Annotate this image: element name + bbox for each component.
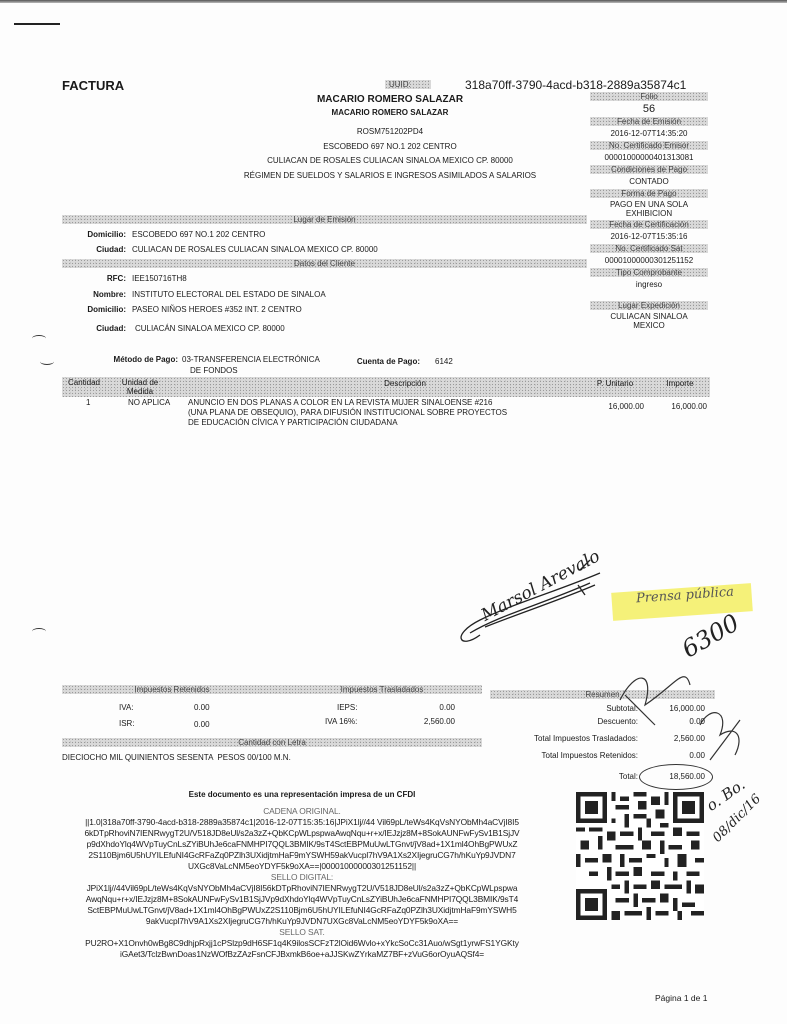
cadena-original-block: CADENA ORIGINAL. ||1.0|318a70ff-3790-4ac… [62,806,542,960]
issuer-regime: RÉGIMEN DE SUELDOS Y SALARIOS E INGRESOS… [200,171,580,180]
metodo-pago-value-1: 03-TRANSFERENCIA ELECTRÓNICA [182,355,320,364]
fecha-emision-label: Fecha de Emisión [590,117,708,126]
sello-digital-header: SELLO DIGITAL: [62,872,542,883]
condiciones-pago-value: CONTADO [590,174,708,189]
punch-mark [40,358,54,365]
folio-label: Folio [590,92,708,101]
impuestos-trasladados-header: Impuestos Trasladados [282,685,482,694]
tras-ieps-value: 0.00 [400,703,455,712]
sello-digital-line: SctEBPMuUwLTGnvt/jV8ad+1X1ml4OhBgPWUxZ2S… [62,905,542,916]
cert-sat-value: 00001000000301251152 [590,253,708,268]
scan-edge [0,0,787,3]
cadena-original-header: CADENA ORIGINAL. [62,806,542,817]
metodo-pago-value-2: DE FONDOS [190,366,238,375]
ret-isr-label: ISR: [119,719,135,728]
cliente-domicilio-label: Domicilio: [60,305,126,314]
fecha-cert-value: 2016-12-07T15:35:16 [590,229,708,244]
cliente-rfc-value: IEE150716TH8 [132,274,187,283]
cliente-rfc-label: RFC: [60,274,126,283]
issuer-name-small: MACARIO ROMERO SALAZAR [200,108,580,117]
emision-ciudad-label: Ciudad: [60,245,126,254]
cadena-line: ||1.0|318a70ff-3790-4acd-b318-2889a35874… [62,817,542,828]
cuenta-pago-label: Cuenta de Pago: [350,357,420,366]
condiciones-pago-label: Condiciones de Pago [590,165,708,174]
sello-sat-line: iGAet3/TclzBwnDoas1NzWOfBzZAzFsnCFJBxmkB… [62,949,542,960]
sello-digital-line: AwqNqu+r+x/IEJzjz8M+8SokAUNFwFySv1B1SjJV… [62,894,542,905]
tipo-comprobante-label: Tipo Comprobante [590,268,708,277]
col-p-unitario: P. Unitario [585,379,645,388]
issuer-city: CULIACAN DE ROSALES CULIACAN SINALOA MEX… [200,156,580,165]
emision-domicilio-label: Domicilio: [60,230,126,239]
row-descripcion-line-3: DE EDUCACIÓN CÍVICA Y PARTICIPACIÓN CIUD… [188,418,507,428]
cliente-ciudad-value: CULIACÁN SINALOA MEXICO CP. 80000 [135,324,285,333]
impuestos-retenidos-header: Impuestos Retenidos [62,685,282,694]
row-descripcion-line-2: (UNA PLANA DE OBSEQUIO), PARA DIFUSIÓN I… [188,408,507,418]
row-p-unitario: 16,000.00 [572,402,644,411]
sello-digital-line: JPiX1lj//44Vil69pL/teWs4KqVsNYObMh4aCVjI… [62,883,542,894]
page-number: Página 1 de 1 [655,993,707,1003]
row-descripcion-line-1: ANUNCIO EN DOS PLANAS A COLOR EN LA REVI… [188,398,507,408]
cliente-header: Datos del Cliente [62,259,587,268]
cliente-nombre-value: INSTITUTO ELECTORAL DEL ESTADO DE SINALO… [132,290,326,299]
invoice-side-panel: Folio 56 Fecha de Emisión 2016-12-07T14:… [590,92,708,332]
emision-ciudad-value: CULIACAN DE ROSALES CULIACAN SINALOA MEX… [132,245,378,254]
tras-ieps-label: IEPS: [337,703,357,712]
row-descripcion: ANUNCIO EN DOS PLANAS A COLOR EN LA REVI… [188,398,507,428]
cert-emisor-label: No. Certificado Emisor [590,141,708,150]
lugar-emision-header: Lugar de Emisión [62,215,587,224]
folio-value: 56 [590,101,708,117]
metodo-pago-label: Método de Pago: [60,355,178,364]
fecha-emision-value: 2016-12-07T14:35:20 [590,126,708,141]
qr-code [576,792,704,920]
issuer-rfc: ROSM751202PD4 [200,127,580,136]
col-importe: Importe [655,379,705,388]
cliente-domicilio-value: PASEO NIÑOS HEROES #352 INT. 2 CENTRO [132,305,302,314]
fecha-cert-label: Fecha de Certificación [590,220,708,229]
cadena-line: 6kDTpRhoviN7IENRwygT2U/V518JD8eUl/s2a3zZ… [62,828,542,839]
lugar-expedicion-value: CULIACAN SINALOA MEXICO [590,310,708,332]
row-unidad: NO APLICA [128,398,170,407]
row-cantidad: 1 [86,398,90,407]
col-descripcion: Descripción [330,379,480,388]
lugar-expedicion-label: Lugar Expedición [590,301,708,310]
cadena-line: 2S110Bjm6U5hUYILEfuNI4GcRFaZq0PZlh3UXidj… [62,850,542,861]
invoice-title: FACTURA [62,78,124,93]
tras-iva-label: IVA 16%: [325,717,357,726]
tras-iva-value: 2,560.00 [400,717,455,726]
cuenta-pago-value: 6142 [435,357,453,366]
scan-mark [14,23,60,25]
row-importe: 16,000.00 [647,402,707,411]
tipo-comprobante-value: ingreso [590,277,708,301]
issuer-name-large: MACARIO ROMERO SALAZAR [200,94,580,105]
cantidad-letra-text: DIECIOCHO MIL QUINIENTOS SESENTA PESOS 0… [62,753,291,762]
cert-emisor-value: 00001000000401313081 [590,150,708,165]
cert-sat-label: No. Certificado Sat [590,244,708,253]
cadena-line: p9dXhdoYlq4WVpTuyCnLsZYiBUhJe6caFNMHPI7Q… [62,839,542,850]
forma-pago-value: PAGO EN UNA SOLA EXHIBICION [590,198,708,220]
emision-domicilio-value: ESCOBEDO 697 NO.1 202 CENTRO [132,230,265,239]
col-unidad: Unidad de Medida [115,378,165,396]
issuer-address: ESCOBEDO 697 NO.1 202 CENTRO [200,142,580,151]
sello-digital-line: 9akVucpl7hV9A1Xs2XIjegruCG7h/hKuYp9JVDN7… [62,916,542,927]
forma-pago-label: Forma de Pago [590,189,708,198]
ret-iva-label: IVA: [119,703,134,712]
cantidad-letra-header: Cantidad con Letra [62,738,482,747]
amount-note: 6300 [677,609,744,664]
cfdi-notice: Este documento es una representación imp… [62,790,542,799]
signature-scribble [440,555,620,665]
cliente-ciudad-label: Ciudad: [60,324,126,333]
cliente-nombre-label: Nombre: [60,290,126,299]
uuid-label: UUID: [385,80,431,89]
initials-scribble [615,665,765,775]
sello-sat-line: PU2RO+X1Onvh0wBg8C9dhjpRxjj1cPSlzp9dH6SF… [62,938,542,949]
punch-mark [32,335,46,342]
col-cantidad: Cantidad [64,378,104,387]
ret-isr-value: 0.00 [194,720,210,729]
punch-mark [32,628,46,635]
cadena-line: UXGc8VaLcNM5eoYDYF5k9oXA==|0000100000030… [62,861,542,872]
ret-iva-value: 0.00 [194,703,210,712]
uuid-value: 318a70ff-3790-4acd-b318-2889a35874c1 [465,78,686,92]
sello-sat-header: SELLO SAT. [62,927,542,938]
